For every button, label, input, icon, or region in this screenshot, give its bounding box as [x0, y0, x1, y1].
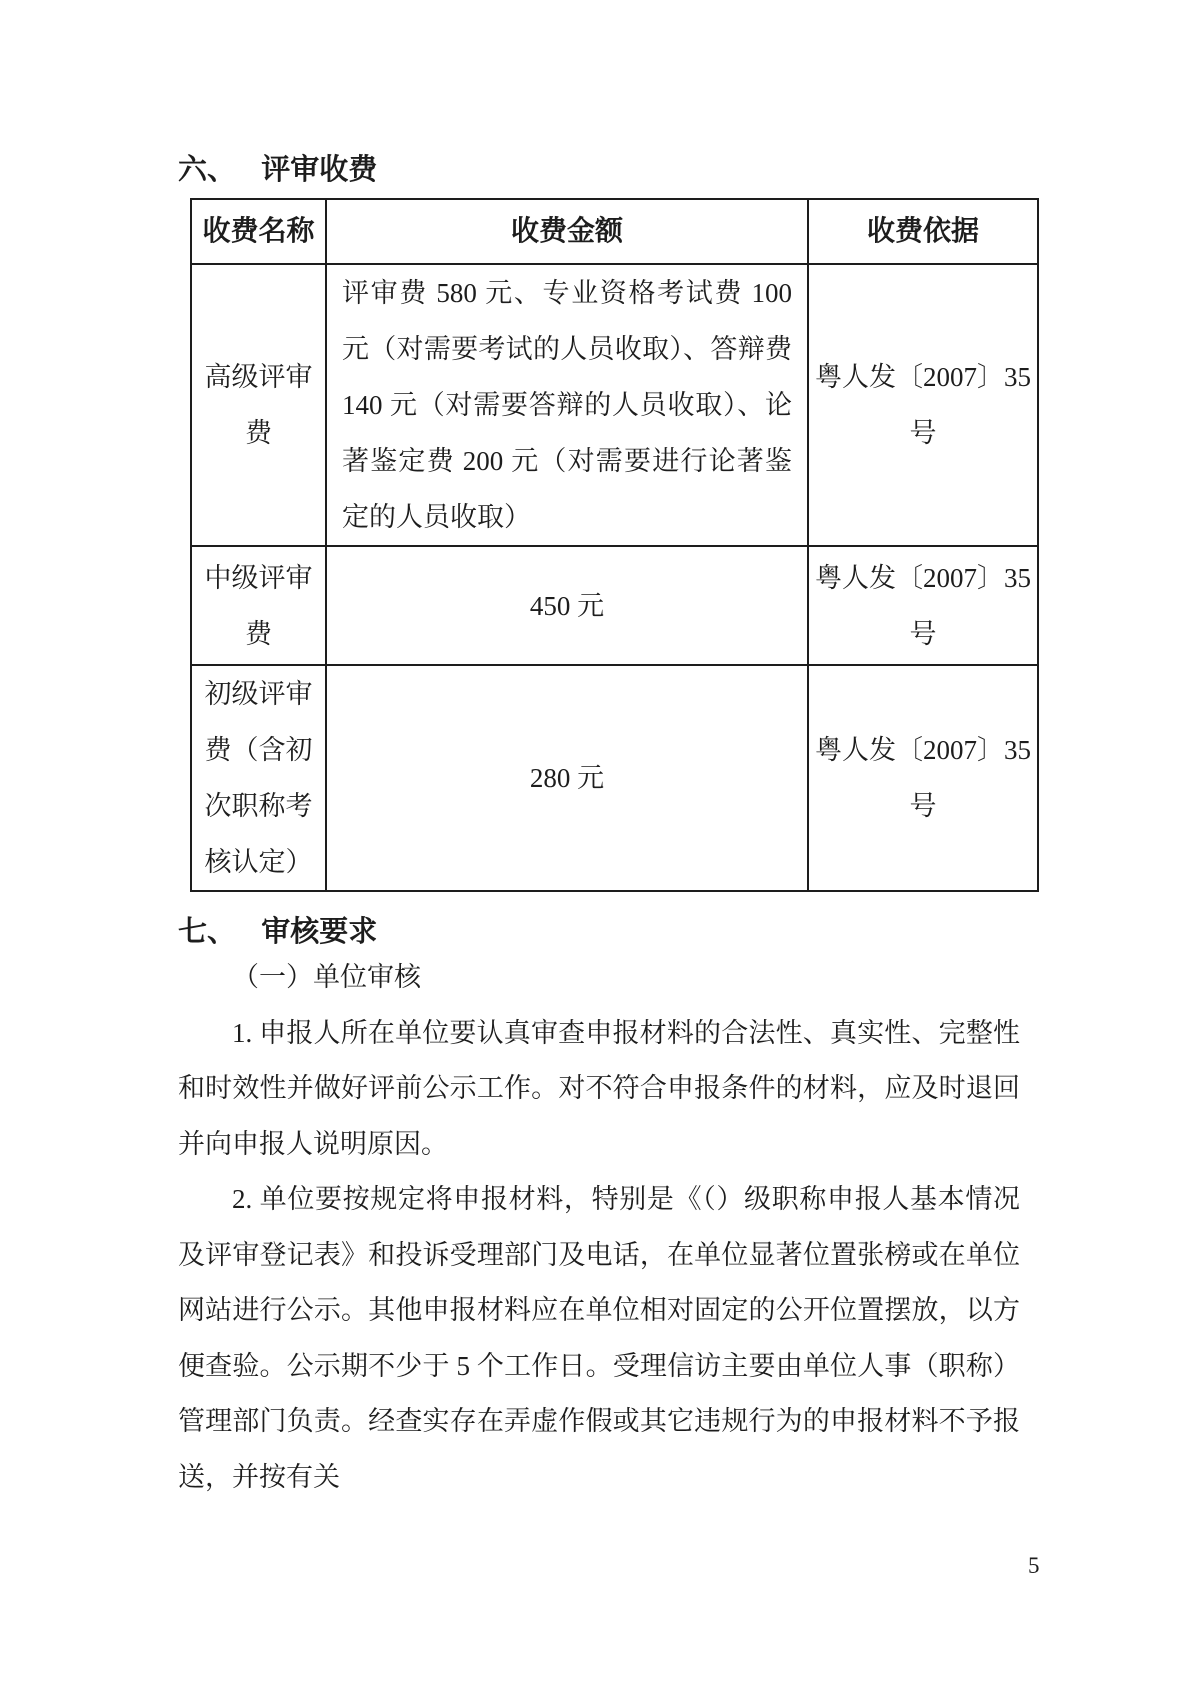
page-number: 5 — [1028, 1553, 1040, 1579]
table-row-junior-fee: 初级评审费（含初次职称考核认定） 280 元 粤人发〔2007〕35 号 — [191, 665, 1038, 891]
document-body: 六、 评审收费 收费名称 收费金额 收费依据 高级评审费 评审费 580 元、专… — [178, 0, 1020, 1505]
junior-fee-amount: 280 元 — [326, 665, 808, 891]
fee-table-header-name: 收费名称 — [191, 199, 326, 264]
intermediate-fee-basis: 粤人发〔2007〕35 号 — [808, 546, 1038, 665]
fee-table: 收费名称 收费金额 收费依据 高级评审费 评审费 580 元、专业资格考试费 1… — [190, 198, 1039, 892]
senior-fee-basis: 粤人发〔2007〕35 号 — [808, 264, 1038, 546]
paragraph-2: 2. 单位要按规定将申报材料，特别是《（）级职称申报人基本情况及评审登记表》和投… — [178, 1172, 1020, 1505]
fee-table-header-amount: 收费金额 — [326, 199, 808, 264]
paragraph-1: 1. 申报人所在单位要认真审查申报材料的合法性、真实性、完整性和时效性并做好评前… — [178, 1006, 1020, 1173]
intermediate-fee-amount: 450 元 — [326, 546, 808, 665]
section6-title: 评审收费 — [261, 154, 377, 186]
fee-table-header-row: 收费名称 收费金额 收费依据 — [191, 199, 1038, 264]
junior-fee-basis: 粤人发〔2007〕35 号 — [808, 665, 1038, 891]
junior-fee-name: 初级评审费（含初次职称考核认定） — [191, 665, 326, 891]
fee-table-header-basis: 收费依据 — [808, 199, 1038, 264]
section7-subsection-heading: （一）单位审核 — [178, 950, 1020, 1006]
section7-heading: 七、 审核要求 — [178, 914, 1020, 950]
section6-heading: 六、 评审收费 — [178, 152, 1020, 188]
table-row-senior-fee: 高级评审费 评审费 580 元、专业资格考试费 100 元（对需要考试的人员收取… — [191, 264, 1038, 546]
section6-numbering: 六、 — [178, 152, 236, 188]
intermediate-fee-name: 中级评审费 — [191, 546, 326, 665]
section7-numbering: 七、 — [178, 914, 236, 950]
section7-title: 审核要求 — [261, 916, 377, 948]
senior-fee-amount: 评审费 580 元、专业资格考试费 100 元（对需要考试的人员收取）、答辩费 … — [326, 264, 808, 546]
senior-fee-name: 高级评审费 — [191, 264, 326, 546]
table-row-intermediate-fee: 中级评审费 450 元 粤人发〔2007〕35 号 — [191, 546, 1038, 665]
